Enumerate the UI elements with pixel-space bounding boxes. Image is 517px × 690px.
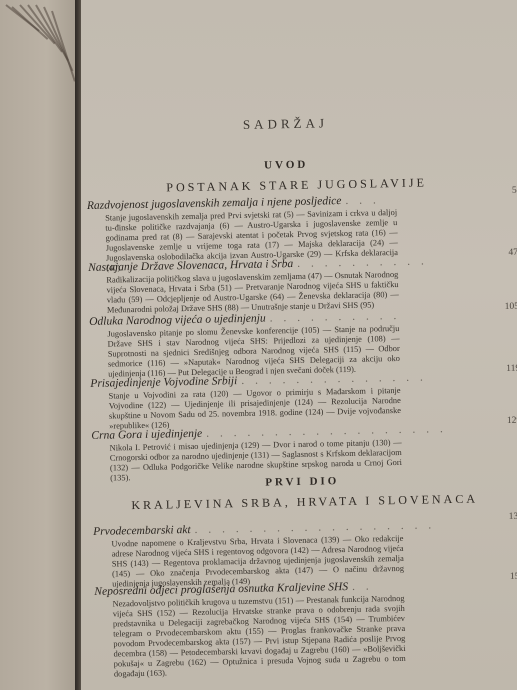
part-one-title: KRALJEVINA SRBA, HRVATA I SLOVENACA xyxy=(115,491,495,513)
toc-entry[interactable]: Odluka Narodnog vijeća o ujedinjenju. . … xyxy=(89,308,517,380)
leader-dots: . . xyxy=(352,581,373,593)
entry-heading: Prvodecembarski akt xyxy=(93,524,191,538)
left-page xyxy=(0,0,78,690)
entry-page-number: 129 xyxy=(507,416,517,426)
entry-heading: Prisajedinjenje Vojvodine Srbiji xyxy=(90,375,237,390)
entry-summary: Nezadovoljstvo političkih krugova u tuze… xyxy=(113,594,406,680)
entry-heading: Crna Gora i ujedinjenje xyxy=(91,428,202,442)
entry-summary: Jugoslavensko pitanje po slomu Ženevske … xyxy=(107,324,400,380)
intro-label: UVOD xyxy=(186,157,386,173)
toc-entry[interactable]: Nastajanje Države Slovenaca, Hrvata i Sr… xyxy=(88,254,517,316)
entry-heading: Nastajanje Države Slovenaca, Hrvata i Sr… xyxy=(88,258,293,274)
leader-dots: . . . . . . . . . . xyxy=(297,255,428,270)
entry-page-number: 139 xyxy=(509,512,517,522)
page-title: SADRŽAJ xyxy=(215,115,355,134)
leader-dots: . . . . . . . . . . . . . . . . . . xyxy=(194,519,435,536)
leader-dots: . . . . . . . . . . xyxy=(270,310,401,325)
entry-heading: Razdvojenost jugoslavenskih zemalja i nj… xyxy=(87,195,342,212)
entry-heading: Odluka Narodnog vijeća o ujedinjenju xyxy=(89,313,266,328)
part-one-label: PRVI DIO xyxy=(202,474,402,490)
leader-dots: . . . . . . . . . . . . . . xyxy=(241,371,427,387)
entry-page-number: 119 xyxy=(506,364,517,374)
toc-entry[interactable]: Neposredni odjeci proglašenja osnutka Kr… xyxy=(94,578,517,680)
entry-page-number: 5 xyxy=(512,186,517,196)
entry-page-number: 151 xyxy=(510,572,517,582)
toc-entry[interactable]: Crna Gora i ujedinjenje. . . . . . . . .… xyxy=(91,422,517,484)
contents-page: SADRŽAJ UVOD POSTANAK STARE JUGOSLAVIJE … xyxy=(81,0,517,690)
show-through-text xyxy=(2,0,77,140)
entry-page-number: 47 xyxy=(508,248,517,258)
entry-summary: Radikalizacija političkog slava u jugosl… xyxy=(106,270,399,316)
leader-dots: . . . xyxy=(345,194,380,207)
entry-page-number: 105 xyxy=(505,302,517,312)
